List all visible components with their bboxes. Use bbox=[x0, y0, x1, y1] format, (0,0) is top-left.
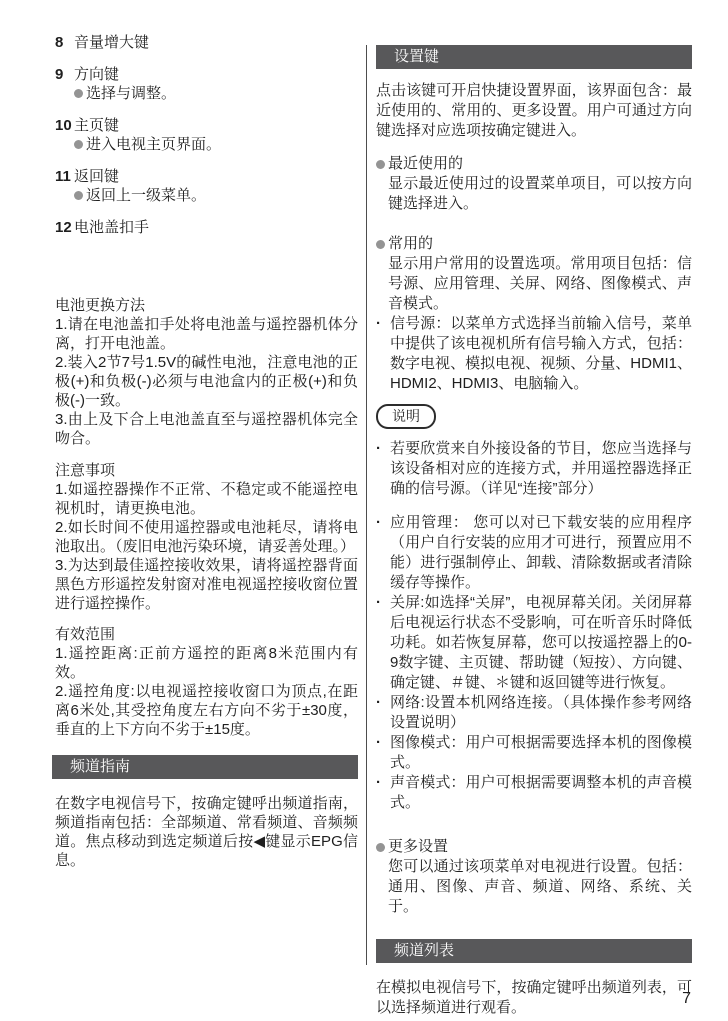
settings-key-header-bar: 设置键 bbox=[376, 45, 692, 69]
remote-key-item: 11 返回键 返回上一级菜单。 bbox=[55, 167, 358, 205]
interpunct-bullet-icon: · bbox=[376, 773, 390, 813]
note-item-text: 网络:设置本机网络连接。（具体操作参考网络设置说明） bbox=[390, 693, 692, 733]
remote-key-detail-text: 返回上一级菜单。 bbox=[86, 186, 206, 205]
recent-used-title: 最近使用的 bbox=[388, 154, 692, 174]
battery-section: 电池更换方法 1.请在电池盖扣手处将电池盖与遥控器机体分离，打开电池盖。 2.装… bbox=[55, 296, 358, 448]
more-settings-block: 更多设置 您可以通过该项菜单对电视进行设置。包括：通用、图像、声音、频道、网络、… bbox=[376, 837, 692, 917]
remote-key-body: 方向键 选择与调整。 bbox=[74, 65, 358, 103]
remote-key-title: 方向键 bbox=[74, 66, 119, 83]
channel-guide-header-bar: 频道指南 bbox=[52, 755, 358, 779]
note-item: · 关屏:如选择“关屏”，电视屏幕关闭。关闭屏幕后电视运行状态不受影响，可在听音… bbox=[376, 593, 692, 693]
interpunct-bullet-icon: · bbox=[376, 693, 390, 733]
remote-key-item: 9 方向键 选择与调整。 bbox=[55, 65, 358, 103]
recent-used-block: 最近使用的 显示最近使用过的设置菜单项目，可以按方向键选择进入。 bbox=[376, 154, 692, 214]
paragraph: 3.由上及下合上电池盖直至与遥控器机体完全吻合。 bbox=[55, 410, 358, 448]
note-item-text: 图像模式：用户可根据需要选择本机的图像模式。 bbox=[390, 733, 692, 773]
remote-key-body: 主页键 进入电视主页界面。 bbox=[74, 116, 358, 154]
bullet-dot-icon bbox=[376, 843, 385, 852]
paragraph: 2.如长时间不使用遥控器或电池耗尽，请将电池取出。（废旧电池污染环境，请妥善处理… bbox=[55, 518, 358, 556]
paragraph: 3.为达到最佳遥控接收效果，请将遥控器背面黑色方形遥控发射窗对准电视遥控接收窗位… bbox=[55, 556, 358, 613]
remote-key-item: 8 音量增大键 bbox=[55, 33, 358, 52]
remote-key-detail: 进入电视主页界面。 bbox=[74, 135, 358, 154]
more-settings-body: 您可以通过该项菜单对电视进行设置。包括：通用、图像、声音、频道、网络、系统、关于… bbox=[388, 857, 692, 917]
bullet-dot-icon bbox=[74, 191, 83, 200]
interpunct-bullet-icon: · bbox=[376, 513, 390, 593]
common-used-title: 常用的 bbox=[388, 234, 692, 254]
channel-guide-body: 在数字电视信号下，按确定键呼出频道指南，频道指南包括：全部频道、常看频道、音频频… bbox=[55, 794, 358, 870]
paragraph: 2.装入2节7号1.5V的碱性电池，注意电池的正极(+)和负极(-)必须与电池盒… bbox=[55, 353, 358, 410]
remote-key-number: 10 bbox=[55, 116, 74, 154]
signal-source-item: · 信号源：以菜单方式选择当前输入信号，菜单中提供了该电视机所有信号输入方式，包… bbox=[376, 314, 692, 394]
note-item: · 网络:设置本机网络连接。（具体操作参考网络设置说明） bbox=[376, 693, 692, 733]
signal-source-text: 信号源：以菜单方式选择当前输入信号，菜单中提供了该电视机所有信号输入方式，包括：… bbox=[390, 314, 692, 394]
notice-section: 注意事项 1.如遥控器操作不正常、不稳定或不能遥控电视机时，请更换电池。 2.如… bbox=[55, 461, 358, 613]
remote-key-detail: 返回上一级菜单。 bbox=[74, 186, 358, 205]
note-item-text: 应用管理： 您可以对已下载安装的应用程序（用户自行安装的应用才可进行，预置应用不… bbox=[390, 513, 692, 593]
recent-used-body: 显示最近使用过的设置菜单项目，可以按方向键选择进入。 bbox=[388, 174, 692, 214]
bullet-dot-icon bbox=[376, 160, 385, 169]
paragraph: 1.请在电池盖扣手处将电池盖与遥控器机体分离，打开电池盖。 bbox=[55, 315, 358, 353]
remote-key-item: 10 主页键 进入电视主页界面。 bbox=[55, 116, 358, 154]
remote-key-number: 9 bbox=[55, 65, 74, 103]
channel-list-header-bar: 频道列表 bbox=[376, 939, 692, 963]
remote-key-body: 返回键 返回上一级菜单。 bbox=[74, 167, 358, 205]
remote-key-number: 12 bbox=[55, 218, 74, 237]
interpunct-bullet-icon: · bbox=[376, 733, 390, 773]
section-title: 电池更换方法 bbox=[55, 296, 358, 315]
note-item-text: 声音模式：用户可根据需要调整本机的声音模式。 bbox=[390, 773, 692, 813]
page-number: 7 bbox=[682, 990, 691, 1008]
note-item: · 若要欣赏来自外接设备的节目，您应当选择与该设备相对应的连接方式，并用遥控器选… bbox=[376, 439, 692, 499]
note-item: · 应用管理： 您可以对已下载安装的应用程序（用户自行安装的应用才可进行，预置应… bbox=[376, 513, 692, 593]
remote-key-detail: 选择与调整。 bbox=[74, 84, 358, 103]
left-column: 8 音量增大键 9 方向键 选择与调整。 10 主页键 进入电视主页界面。 bbox=[55, 33, 358, 870]
note-item: · 图像模式：用户可根据需要选择本机的图像模式。 bbox=[376, 733, 692, 773]
remote-key-number: 11 bbox=[55, 167, 74, 205]
note-badge-row: 说明 bbox=[376, 404, 692, 429]
right-column: 设置键 点击该键可开启快捷设置界面，该界面包含：最近使用的、常用的、更多设置。用… bbox=[376, 45, 692, 1018]
common-used-block: 常用的 显示用户常用的设置选项。常用项目包括：信号源、应用管理、关屏、网络、图像… bbox=[376, 234, 692, 314]
bullet-dot-icon bbox=[74, 140, 83, 149]
remote-key-title: 电池盖扣手 bbox=[74, 218, 358, 237]
bullet-dot-icon bbox=[376, 240, 385, 249]
paragraph: 1.遥控距离:正前方遥控的距离8米范围内有效。 bbox=[55, 644, 358, 682]
note-badge: 说明 bbox=[376, 404, 436, 429]
note-item: · 声音模式：用户可根据需要调整本机的声音模式。 bbox=[376, 773, 692, 813]
manual-page: 8 音量增大键 9 方向键 选择与调整。 10 主页键 进入电视主页界面。 bbox=[0, 0, 728, 1021]
bullet-dot-icon bbox=[74, 89, 83, 98]
more-settings-title: 更多设置 bbox=[388, 837, 692, 857]
paragraph: 2.遥控角度:以电视遥控接收窗口为顶点,在距离6米处,其受控角度左右方向不劣于±… bbox=[55, 682, 358, 739]
column-divider bbox=[366, 45, 367, 965]
remote-key-title: 返回键 bbox=[74, 168, 119, 185]
interpunct-bullet-icon: · bbox=[376, 314, 390, 394]
interpunct-bullet-icon: · bbox=[376, 593, 390, 693]
section-title: 有效范围 bbox=[55, 625, 358, 644]
more-settings-content: 更多设置 您可以通过该项菜单对电视进行设置。包括：通用、图像、声音、频道、网络、… bbox=[388, 837, 692, 917]
remote-key-number: 8 bbox=[55, 33, 74, 52]
interpunct-bullet-icon: · bbox=[376, 439, 390, 499]
channel-list-body: 在模拟电视信号下，按确定键呼出频道列表，可以选择频道进行观看。 bbox=[376, 978, 692, 1018]
section-title: 注意事项 bbox=[55, 461, 358, 480]
common-used-content: 常用的 显示用户常用的设置选项。常用项目包括：信号源、应用管理、关屏、网络、图像… bbox=[388, 234, 692, 314]
settings-intro: 点击该键可开启快捷设置界面，该界面包含：最近使用的、常用的、更多设置。用户可通过… bbox=[376, 81, 692, 141]
recent-used-content: 最近使用的 显示最近使用过的设置菜单项目，可以按方向键选择进入。 bbox=[388, 154, 692, 214]
remote-key-title: 音量增大键 bbox=[74, 33, 358, 52]
note-item-text: 关屏:如选择“关屏”，电视屏幕关闭。关闭屏幕后电视运行状态不受影响，可在听音乐时… bbox=[390, 593, 692, 693]
range-section: 有效范围 1.遥控距离:正前方遥控的距离8米范围内有效。 2.遥控角度:以电视遥… bbox=[55, 625, 358, 739]
remote-key-item: 12 电池盖扣手 bbox=[55, 218, 358, 237]
remote-key-detail-text: 进入电视主页界面。 bbox=[86, 135, 221, 154]
remote-key-detail-text: 选择与调整。 bbox=[86, 84, 176, 103]
paragraph: 1.如遥控器操作不正常、不稳定或不能遥控电视机时，请更换电池。 bbox=[55, 480, 358, 518]
remote-key-title: 主页键 bbox=[74, 117, 119, 134]
common-used-body: 显示用户常用的设置选项。常用项目包括：信号源、应用管理、关屏、网络、图像模式、声… bbox=[388, 254, 692, 314]
note-item-text: 若要欣赏来自外接设备的节目，您应当选择与该设备相对应的连接方式，并用遥控器选择正… bbox=[390, 439, 692, 499]
